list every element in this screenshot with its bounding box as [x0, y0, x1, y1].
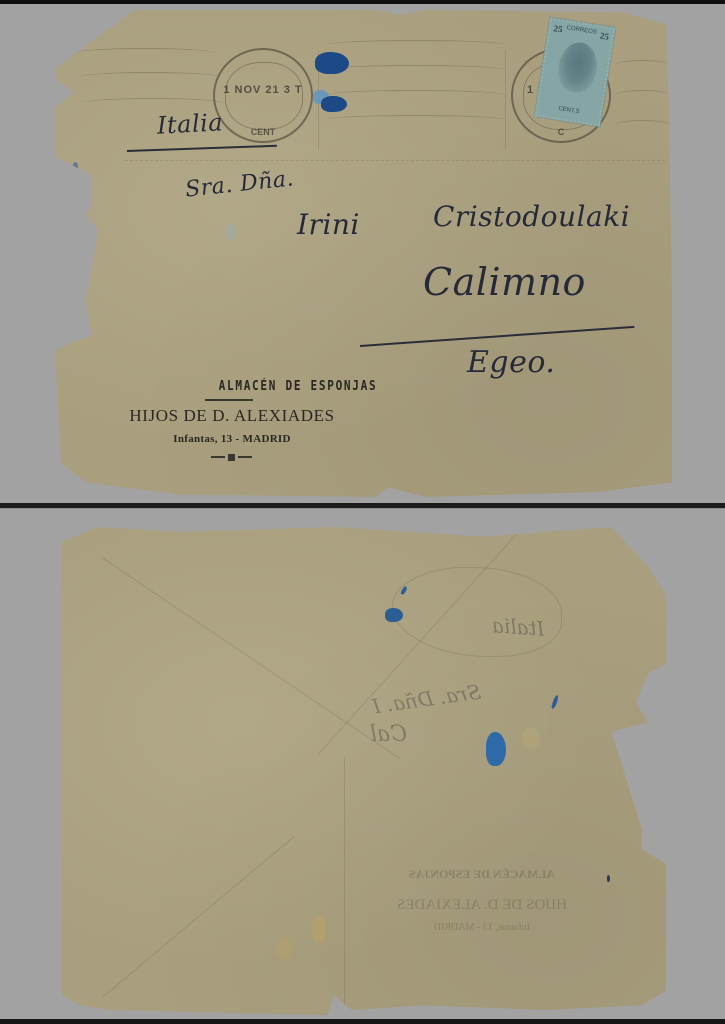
printed-company-address: Infantas, 13 - MADRID — [82, 433, 382, 445]
ink-blot — [385, 608, 403, 622]
ornament-bar — [211, 456, 225, 458]
envelope-back-paper: Italia Sra. Dña. I Cal ALMACÉN DE ESPONJ… — [62, 527, 666, 1015]
handwriting-salutation: Sra. Dña. — [184, 166, 295, 202]
stamp-portrait-icon — [555, 40, 600, 95]
cancel-wave — [325, 90, 505, 100]
stamp-bottom-text: CENT.S — [538, 103, 600, 119]
cancel-wave — [75, 48, 215, 58]
handwriting-region: Egeo. — [467, 345, 555, 380]
flap-fold-line — [101, 557, 400, 759]
ink-speck — [607, 875, 610, 882]
bleed-through-company-name: HIJOS DE D. ALEXIADES — [372, 897, 592, 914]
handwriting-recipient-first-name: Irini — [297, 208, 360, 241]
postmark-inner-ring — [225, 62, 303, 130]
cancel-wave — [615, 120, 670, 130]
cancel-wave — [80, 72, 220, 82]
ink-speck — [73, 162, 78, 172]
postmark-city: C — [513, 127, 609, 137]
ruled-line — [125, 160, 665, 161]
ink-blot — [315, 52, 349, 74]
envelope-front-photo: 1 NOV 21 3 T CENT 1 N C Italia Sra. Dña.… — [0, 4, 725, 503]
postmark-date: 1 NOV 21 3 T — [215, 84, 311, 96]
bottom-border — [0, 1019, 725, 1024]
center-fold-line — [344, 757, 345, 1015]
stain — [312, 915, 326, 943]
bleed-through-salutation: Sra. Dña. I — [371, 680, 483, 719]
printed-rule — [205, 399, 253, 401]
bleed-through-address: Infantas, 13 - MADRID — [372, 922, 592, 933]
envelope-back-photo: Italia Sra. Dña. I Cal ALMACÉN DE ESPONJ… — [0, 509, 725, 1019]
flap-fold-line — [102, 836, 294, 997]
cancel-wave — [615, 90, 670, 100]
cancel-wave — [325, 40, 505, 50]
ink-blot — [486, 732, 506, 766]
postmark-city: CENT — [215, 127, 311, 137]
stamp-value-right: 25 — [599, 31, 609, 42]
vertical-tick — [505, 50, 506, 150]
bleed-through-city: Cal — [370, 722, 407, 747]
postmark-left: 1 NOV 21 3 T CENT — [213, 48, 313, 143]
ornament-square — [228, 454, 235, 461]
printed-company-name: HIJOS DE D. ALEXIADES — [82, 406, 382, 426]
cancel-wave — [325, 65, 505, 75]
ink-speck — [225, 224, 237, 240]
handwriting-city: Calimno — [423, 260, 586, 304]
handwriting-underline — [127, 145, 277, 152]
printed-ornament — [211, 454, 253, 460]
ink-speck — [551, 695, 560, 710]
bleed-through-company-type: ALMACÉN DE ESPONJAS — [372, 867, 592, 882]
bleed-through-country: Italia — [491, 613, 545, 641]
cancel-wave — [83, 98, 223, 108]
printed-company-type: ALMACÉN DE ESPONJAS — [171, 379, 426, 394]
ink-blot — [321, 96, 347, 112]
stain — [522, 727, 540, 749]
stain — [276, 938, 292, 960]
handwriting-recipient-last-name: Cristodoulaki — [433, 200, 630, 233]
cancel-wave — [615, 60, 670, 70]
ornament-bar — [238, 456, 252, 458]
handwriting-underline — [360, 326, 634, 347]
cancel-wave — [325, 115, 505, 125]
handwriting-destination-country: Italia — [156, 108, 223, 139]
